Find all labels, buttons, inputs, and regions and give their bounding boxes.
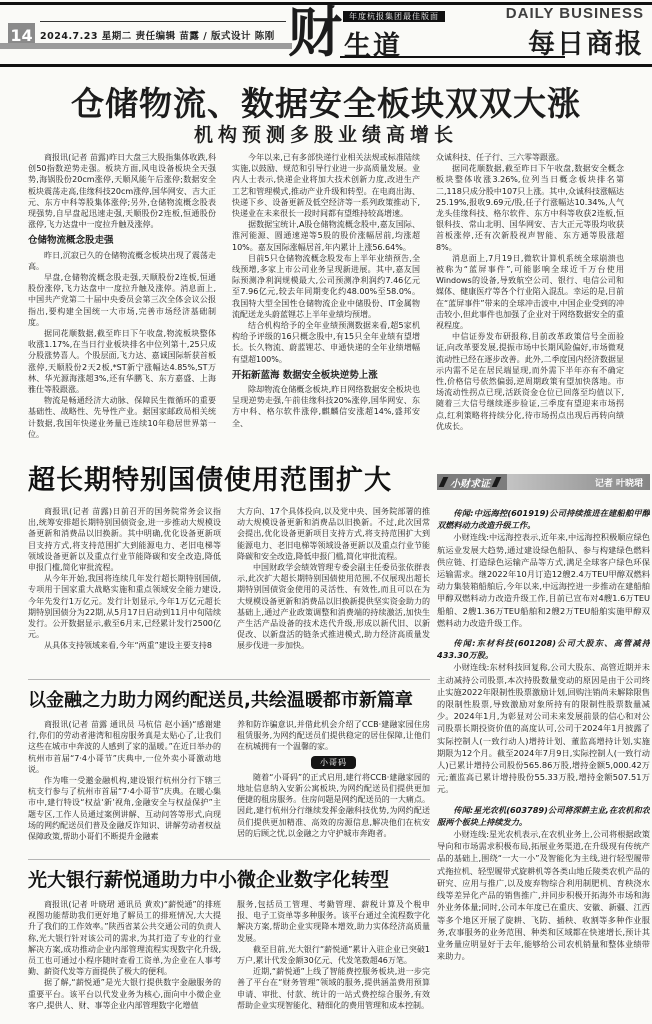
- article-paragraph: 物流是畅通经济大动脉、保障民生微循环的重要基础性、战略性、先导性产业。据国家邮政…: [28, 395, 216, 440]
- sidebar-verification-column: 小财求证 记者 叶晓珺 传闻:中远海控(601919)公司持续推进在建船舶甲醇双…: [437, 474, 650, 1016]
- story3-column-1: 商报讯(记者 苗露 通讯员 马杭信 赵小涵)“感谢建行,你们的劳动者港湾和租房服…: [28, 719, 221, 853]
- article-paragraph: 今年以来,已有多部快递行业相关法规或标准陆续实施,以鼓励、规范和引导行业进一步高…: [232, 152, 420, 219]
- sidebar-byline-block: 记者 叶晓珺: [507, 474, 650, 490]
- article-paragraph: 中信证券发布研报称,目前改革政策信号全面验证,向改革要发展,提振市场中长期风险偏…: [436, 331, 624, 432]
- article-paragraph: 大方向、17个具体投向,以及党中央、国务院部署的推动大规模设备更新和消费品以旧换…: [237, 506, 430, 562]
- article-paragraph: 商报讯(记者 叶晓珺 通讯员 黄欢)“薪悦通”的排班视图功能帮助我们更好地了解员…: [28, 899, 221, 977]
- sidebar-title-block: 小财求证: [437, 474, 507, 490]
- article-paragraph: 除却物流仓储概念板块,昨日网络数据安全板块也呈现逆势走强,午前佳缘科技20%涨停…: [232, 384, 420, 429]
- article-paragraph: 随着“小哥码”的正式启用,建行将CCB·建融家园的地址信息纳入安新公寓板块,为网…: [237, 772, 430, 839]
- lead-subheadline: 机构预测多股业绩高增长: [10, 120, 642, 147]
- sidebar-paragraph: 小财连线:东材科技回复称,公司大股东、高管近期并未主动减持公司股票,本次持股数量…: [437, 661, 650, 795]
- article-paragraph: 据同花顺数据,截至昨日下午收盘,数据安全概念板块整体收涨3.26%,位列当日概念…: [436, 163, 624, 253]
- date-editor-line: 2024.7.23 星期二 责任编辑 苗露 / 版式设计 陈刚: [40, 28, 275, 42]
- article-paragraph: 目前5只仓储物流概念股发布上半年业绩预告,全线预增,多家上市公司业务呈现新进展。…: [232, 253, 420, 320]
- article-paragraph: 商报讯(记者 苗露 通讯员 马杭信 赵小涵)“感谢建行,你们的劳动者港湾和租房服…: [28, 719, 221, 775]
- date-rule: [40, 21, 286, 22]
- article-paragraph: 商报讯(记者 苗露)昨日大盘三大股指集体收跌,科创50指数逆势走强。板块方面,风…: [28, 152, 216, 230]
- story2-column-2: 大方向、17个具体投向,以及党中央、国务院部署的推动大规模设备更新和消费品以旧换…: [237, 506, 430, 656]
- story2-headline: 超长期特别国债使用范围扩大: [28, 458, 430, 497]
- article-paragraph: 作为唯一受邀金融机构,建设银行杭州分行下辖三杭支行参与了杭州市首届“7·4小哥节…: [28, 775, 221, 842]
- story4-headline: 光大银行薪悦通助力中小微企业数字化转型: [28, 865, 430, 892]
- brand-english: DAILY BUSINESS: [506, 5, 644, 22]
- article-paragraph: 养和防诈骗意识,并借此机会介绍了CCB·建融家园住房租赁服务,为网约配送员们提供…: [237, 719, 430, 753]
- newspaper-page: 14 2024.7.23 星期二 责任编辑 苗露 / 版式设计 陈刚 财 年度杭…: [0, 0, 652, 1024]
- masthead-bottom-rule: [0, 64, 652, 67]
- diagonal-stripe-icon: [492, 477, 502, 487]
- article-paragraph: 仓储物流概念股走强: [28, 235, 216, 246]
- article-paragraph: 从具体支持领域来看,今年“两重”建设主要支持8: [28, 640, 221, 651]
- sidebar-paragraph: 传闻:中远海控(601919)公司持续推进在建船舶甲醇双燃料动力改造升级工作。: [437, 507, 650, 531]
- article-paragraph: 结合机构给予的全年业绩预测数据来看,超5家机构给予评级的16只概念股中,有15只…: [232, 320, 420, 365]
- lead-headline: 仓储物流、数据安全板块双双大涨: [10, 78, 642, 125]
- diagonal-stripe-icon: [439, 477, 449, 487]
- article-paragraph: 消息面上,7月19日,微软计算机系统全球崩溃也被称为“蓝屏事件”,可能影响全球近…: [436, 253, 624, 331]
- story-delivery-riders: 以金融之力助力网约配送员,共绘温暖都市新篇章 商报讯(记者 苗露 通讯员 马杭信…: [28, 686, 430, 853]
- story3-column-2: 养和防诈骗意识,并借此机会介绍了CCB·建融家园住房租赁服务,为网约配送员们提供…: [237, 719, 430, 853]
- story3-headline: 以金融之力助力网约配送员,共绘温暖都市新篇章: [28, 686, 430, 712]
- sidebar-paragraph: 传闻:星光农机(603789)公司将深耕主业,在农机和农服两个板块上持续发力。: [437, 804, 650, 828]
- article-paragraph: 截至目前,光大银行“薪悦通”累计入驻企业已突破1万户,累计代发金额30亿元、代发…: [237, 944, 430, 966]
- lead-column-3: 众诚科技、任子行、三六零等跟涨。据同花顺数据,截至昨日下午收盘,数据安全概念板块…: [436, 152, 624, 454]
- article-paragraph: 据数据宝统计,A股仓储物流概念股中,嘉友国际、淮河能源、圆通速递等5股的股价涨幅…: [232, 219, 420, 253]
- sidebar-byline: 记者 叶晓珺: [595, 476, 643, 489]
- brand-chinese: 每日商报: [528, 22, 644, 61]
- award-badge: 年度杭报集团最佳版面: [343, 11, 445, 22]
- article-paragraph: 据了解,“薪悦通”是光大银行提供数字金融服务的重要平台。该平台以代发业务为核心,…: [28, 977, 221, 1011]
- article-paragraph: 从今年开始,我国将连续几年发行超长期特别国债,专项用于国家重大战略实施和重点领域…: [28, 573, 221, 640]
- section-divider: [28, 859, 430, 860]
- story4-column-2: 服务,包括员工管理、考勤管理、薪税计算及个税申报、电子工资单等多种服务。该平台通…: [237, 899, 430, 1024]
- article-paragraph: 据同花顺数据,截至昨日下午收盘,物流板块整体收涨1.17%,在当日行业板块排名中…: [28, 328, 216, 395]
- lead-column-1: 商报讯(记者 苗露)昨日大盘三大股指集体收跌,科创50指数逆势走强。板块方面,风…: [28, 152, 216, 454]
- article-paragraph: 众诚科技、任子行、三六零等跟涨。: [436, 152, 624, 163]
- masthead-emblem: 财: [288, 2, 342, 62]
- story4-column-1: 商报讯(记者 叶晓珺 通讯员 黄欢)“薪悦通”的排班视图功能帮助我们更好地了解员…: [28, 899, 221, 1024]
- article-paragraph: 近期,“薪悦通”上线了智能费控服务板块,进一步完善了平台在“财务管理”领域的服务…: [237, 966, 430, 1011]
- article-paragraph: 昨日,沉寂已久的仓储物流概念板块出现了震荡走高。: [28, 250, 216, 272]
- sidebar-paragraph: 传闻:东材科技(601208)公司大股东、高管减持433.30万股。: [437, 637, 650, 661]
- article-paragraph: 中国财政学会绩效管理专委会副主任委员张依群表示,此次扩大超长期特别国债使用范围,…: [237, 562, 430, 652]
- sidebar-items: 传闻:中远海控(601919)公司持续推进在建船舶甲醇双燃料动力改造升级工作。小…: [437, 499, 650, 1014]
- story-special-bonds: 超长期特别国债使用范围扩大 商报讯(记者 苗露)日前召开的国务院常务会议指出,统…: [28, 458, 430, 656]
- story-ceb-bank: 光大银行薪悦通助力中小微企业数字化转型 商报讯(记者 叶晓珺 通讯员 黄欢)“薪…: [28, 865, 430, 1024]
- section-divider: [28, 679, 430, 680]
- article-paragraph: 开拓新蓝海 数据安全板块逆势上涨: [232, 370, 420, 381]
- article-paragraph: 小哥码: [311, 756, 356, 769]
- lead-article: 商报讯(记者 苗露)昨日大盘三大股指集体收跌,科创50指数逆势走强。板块方面,风…: [28, 152, 624, 454]
- article-paragraph: 早盘,仓储物流概念股走强,天顺股份2连板,恒通股份涨停,飞力达盘中一度拉升触及涨…: [28, 272, 216, 328]
- article-paragraph: 服务,包括员工管理、考勤管理、薪税计算及个税申报、电子工资单等多种服务。该平台通…: [237, 899, 430, 944]
- sidebar-paragraph: 小财连线:中远海控表示,近年来,中远海控积极顺应绿色航运业发展大趋势,通过建设绿…: [437, 531, 650, 629]
- story2-column-1: 商报讯(记者 苗露)日前召开的国务院常务会议指出,统筹安排超长期特别国债资金,进…: [28, 506, 221, 656]
- masthead-gray-bar: [0, 43, 292, 49]
- sidebar-paragraph: 小财连线:星光农机表示,在农机业务上,公司将根据政策导向和市场需求积极布局,拓展…: [437, 828, 650, 962]
- sidebar-header-band: 小财求证 记者 叶晓珺: [437, 474, 650, 490]
- sidebar-title: 小财求证: [450, 475, 490, 490]
- lead-column-2: 今年以来,已有多部快递行业相关法规或标准陆续实施,以鼓励、规范和引导行业进一步高…: [232, 152, 420, 454]
- article-paragraph: 商报讯(记者 苗露)日前召开的国务院常务会议指出,统筹安排超长期特别国债资金,进…: [28, 506, 221, 573]
